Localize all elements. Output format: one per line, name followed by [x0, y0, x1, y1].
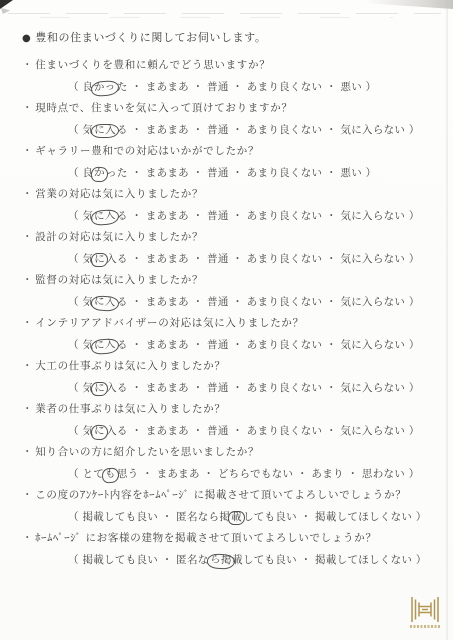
list-bullet-icon: ・	[22, 317, 33, 329]
answer-option: あまり	[311, 468, 343, 480]
answer-option: あまり良くない	[247, 167, 323, 179]
answer-option: 良かった	[82, 81, 127, 93]
bullet-icon: ●	[22, 33, 31, 44]
answer-option: 普通	[207, 425, 229, 437]
question-text: ・現時点で、住まいを気に入って頂けておりますか？	[22, 101, 443, 115]
scan-artifact-corner	[0, 0, 13, 9]
answer-option: 普通	[207, 253, 229, 265]
list-bullet-icon: ・	[22, 403, 33, 415]
answer-option: 普通	[207, 339, 229, 351]
question-block: ・監督の対応は気に入りましたか？（ 気に入る ・ まあまあ ・ 普通 ・ あまり…	[22, 273, 443, 309]
question-label: この度のｱﾝｹｰﾄ内容をﾎｰﾑﾍﾟｰｼﾞ に掲載させて頂いてよろしいでしょうか？	[35, 489, 406, 501]
answer-option: まあまあ	[146, 382, 189, 394]
answer-option: 掲載してほしくない	[315, 511, 412, 523]
answer-option: あまり良くない	[247, 339, 323, 351]
question-label: インテリアアドバイザーの対応は気に入りましたか？	[35, 317, 304, 329]
logo-caption-illegible	[410, 625, 440, 628]
question-label: 業者の仕事ぶりは気に入りましたか？	[35, 403, 225, 415]
question-block: ・ギャラリー豊和での対応はいかがでしたか？（ 良かった ・ まあまあ ・ 普通 …	[22, 144, 443, 180]
answer-option: 気に入る	[82, 124, 127, 136]
question-block: ・ﾎｰﾑﾍﾟｰｼﾞ にお客様の建物を掲載させて頂いてよろしいでしょうか？（ 掲載…	[22, 531, 443, 567]
question-label: 知り合いの方に紹介したいを思いましたか？	[35, 446, 259, 458]
answer-option: まあまあ	[146, 124, 189, 136]
answer-option: 匿名なら掲載しても良い	[176, 554, 297, 566]
question-label: 大工の仕事ぶりは気に入りましたか？	[35, 360, 225, 372]
scan-artifact-top-right	[365, 0, 453, 9]
handwritten-circle-mark: も	[102, 467, 120, 483]
answer-option: まあまあ	[146, 339, 189, 351]
answer-option: 気に入らない	[340, 425, 405, 437]
question-label: 住まいづくりを豊和に頼んでどう思いますか？	[35, 59, 270, 71]
question-text: ・業者の仕事ぶりは気に入りましたか？	[22, 402, 443, 416]
question-list: ・住まいづくりを豊和に頼んでどう思いますか？（ 良かった ・ まあまあ ・ 普通…	[22, 58, 443, 567]
question-label: ギャラリー豊和での対応はいかがでしたか？	[35, 145, 259, 157]
answer-option: まあまあ	[146, 296, 189, 308]
answer-option: 普通	[207, 167, 229, 179]
handwritten-circle-mark: か	[91, 166, 109, 182]
answer-option: まあまあ	[146, 81, 189, 93]
howa-logo-mark	[410, 596, 440, 623]
handwritten-circle-mark: かっ	[91, 80, 120, 96]
answer-option: 悪い	[340, 167, 362, 179]
answer-option: 気に入る	[82, 382, 127, 394]
answer-option: 気に入る	[82, 253, 127, 265]
list-bullet-icon: ・	[22, 102, 33, 114]
question-block: ・現時点で、住まいを気に入って頂けておりますか？（ 気に入る ・ まあまあ ・ …	[22, 101, 443, 137]
answer-option: あまり良くない	[247, 425, 323, 437]
answer-options: （ 良かった ・ まあまあ ・ 普通 ・ あまり良くない ・ 悪い ）	[22, 80, 443, 94]
question-text: ・営業の対応は気に入りましたか？	[22, 187, 443, 201]
question-label: 設計の対応は気に入りましたか？	[35, 231, 203, 243]
answer-option: あまり良くない	[247, 124, 323, 136]
answer-options: （ 掲載しても良い ・ 匿名なら掲載しても良い ・ 掲載してほしくない ）	[22, 553, 443, 567]
list-bullet-icon: ・	[22, 59, 33, 71]
answer-option: あまり良くない	[247, 253, 323, 265]
question-block: ・大工の仕事ぶりは気に入りましたか？（ 気に入る ・ まあまあ ・ 普通 ・ あ…	[22, 359, 443, 395]
answer-option: 思わない	[362, 468, 405, 480]
list-bullet-icon: ・	[22, 145, 33, 157]
answer-option: 普通	[207, 81, 229, 93]
question-block: ・設計の対応は気に入りましたか？（ 気に入る ・ まあまあ ・ 普通 ・ あまり…	[22, 230, 443, 266]
question-text: ・インテリアアドバイザーの対応は気に入りましたか？	[22, 316, 443, 330]
answer-option: あまり良くない	[247, 210, 323, 222]
answer-option: とても思う	[82, 468, 138, 480]
answer-options: （ とても思う ・ まあまあ ・ どちらでもない ・ あまり ・ 思わない ）	[22, 467, 443, 481]
question-label: 現時点で、住まいを気に入って頂けておりますか？	[35, 102, 292, 114]
list-bullet-icon: ・	[22, 446, 33, 458]
answer-option: まあまあ	[146, 253, 189, 265]
scan-artifact-line	[8, 13, 441, 14]
question-text: ・大工の仕事ぶりは気に入りましたか？	[22, 359, 443, 373]
answer-option: 普通	[207, 382, 229, 394]
answer-option: 気に入る	[82, 210, 127, 222]
handwritten-circle-mark: に入	[91, 338, 120, 354]
question-label: 監督の対応は気に入りましたか？	[35, 274, 203, 286]
answer-option: 気に入る	[82, 339, 127, 351]
handwritten-circle-mark: に入	[91, 295, 120, 311]
question-text: ・知り合いの方に紹介したいを思いましたか？	[22, 445, 443, 459]
handwritten-circle-mark: に	[91, 253, 108, 268]
question-block: ・営業の対応は気に入りましたか？（ 気に入る ・ まあまあ ・ 普通 ・ あまり…	[22, 187, 443, 223]
answer-option: 気に入らない	[340, 210, 405, 222]
answer-options: （ 気に入る ・ まあまあ ・ 普通 ・ あまり良くない ・ 気に入らない ）	[22, 338, 443, 352]
question-text: ・住まいづくりを豊和に頼んでどう思いますか？	[22, 58, 443, 72]
handwritten-circle-mark: に入	[91, 209, 120, 225]
answer-option: まあまあ	[146, 210, 189, 222]
survey-page: ●豊和の住まいづくりに関してお伺いします。 ・住まいづくりを豊和に頼んでどう思い…	[0, 0, 453, 640]
question-label: ﾎｰﾑﾍﾟｰｼﾞ にお客様の建物を掲載させて頂いてよろしいでしょうか？	[35, 532, 376, 544]
question-text: ・設計の対応は気に入りましたか？	[22, 230, 443, 244]
list-bullet-icon: ・	[22, 532, 33, 544]
answer-option: 普通	[207, 296, 229, 308]
survey-header-text: 豊和の住まいづくりに関してお伺いします。	[35, 31, 266, 44]
answer-option: 掲載しても良い	[82, 511, 158, 523]
question-block: ・住まいづくりを豊和に頼んでどう思いますか？（ 良かった ・ まあまあ ・ 普通…	[22, 58, 443, 94]
answer-option: まあまあ	[157, 468, 200, 480]
list-bullet-icon: ・	[22, 360, 33, 372]
answer-option: 匿名なら掲載しても良い	[176, 511, 297, 523]
question-text: ・ﾎｰﾑﾍﾟｰｼﾞ にお客様の建物を掲載させて頂いてよろしいでしょうか？	[22, 531, 443, 545]
answer-option: あまり良くない	[247, 296, 323, 308]
answer-option: 普通	[207, 210, 229, 222]
handwritten-circle-mark: ら掲	[206, 553, 235, 569]
answer-options: （ 気に入る ・ まあまあ ・ 普通 ・ あまり良くない ・ 気に入らない ）	[22, 252, 443, 266]
answer-option: どちらでもない	[218, 468, 294, 480]
answer-option: まあまあ	[146, 425, 189, 437]
scan-artifact-right-band	[445, 0, 448, 640]
howa-logo	[409, 596, 441, 628]
list-bullet-icon: ・	[22, 188, 33, 200]
question-block: ・知り合いの方に紹介したいを思いましたか？（ とても思う ・ まあまあ ・ どち…	[22, 445, 443, 481]
answer-option: まあまあ	[146, 167, 189, 179]
list-bullet-icon: ・	[22, 231, 33, 243]
handwritten-circle-mark: に入	[91, 124, 119, 139]
answer-option: 悪い	[340, 81, 362, 93]
answer-options: （ 良かった ・ まあまあ ・ 普通 ・ あまり良くない ・ 悪い ）	[22, 166, 443, 180]
answer-option: 気に入らない	[340, 339, 405, 351]
handwritten-circle-mark: 載	[228, 511, 245, 526]
question-text: ・監督の対応は気に入りましたか？	[22, 273, 443, 287]
answer-options: （ 気に入る ・ まあまあ ・ 普通 ・ あまり良くない ・ 気に入らない ）	[22, 209, 443, 223]
list-bullet-icon: ・	[22, 274, 33, 286]
handwritten-circle-mark: に	[91, 424, 109, 440]
question-text: ・この度のｱﾝｹｰﾄ内容をﾎｰﾑﾍﾟｰｼﾞ に掲載させて頂いてよろしいでしょうか…	[22, 488, 443, 502]
answer-option: あまり良くない	[247, 382, 323, 394]
survey-content: ●豊和の住まいづくりに関してお伺いします。 ・住まいづくりを豊和に頼んでどう思い…	[22, 30, 443, 567]
answer-option: 普通	[207, 124, 229, 136]
answer-option: あまり良くない	[247, 81, 323, 93]
answer-option: 掲載してほしくない	[315, 554, 412, 566]
answer-options: （ 掲載しても良い ・ 匿名なら掲載しても良い ・ 掲載してほしくない ）	[22, 510, 443, 524]
answer-option: 気に入らない	[340, 253, 405, 265]
answer-options: （ 気に入る ・ まあまあ ・ 普通 ・ あまり良くない ・ 気に入らない ）	[22, 424, 443, 438]
handwritten-circle-mark: に	[91, 382, 108, 397]
question-block: ・業者の仕事ぶりは気に入りましたか？（ 気に入る ・ まあまあ ・ 普通 ・ あ…	[22, 402, 443, 438]
question-label: 営業の対応は気に入りましたか？	[35, 188, 203, 200]
question-block: ・インテリアアドバイザーの対応は気に入りましたか？（ 気に入る ・ まあまあ ・…	[22, 316, 443, 352]
list-bullet-icon: ・	[22, 489, 33, 501]
answer-options: （ 気に入る ・ まあまあ ・ 普通 ・ あまり良くない ・ 気に入らない ）	[22, 295, 443, 309]
answer-option: 気に入る	[82, 296, 127, 308]
answer-options: （ 気に入る ・ まあまあ ・ 普通 ・ あまり良くない ・ 気に入らない ）	[22, 381, 443, 395]
answer-option: 気に入らない	[340, 382, 405, 394]
answer-option: 良かった	[82, 167, 127, 179]
answer-option: 気に入らない	[340, 124, 405, 136]
scan-artifact-line-2	[40, 17, 393, 18]
answer-option: 掲載しても良い	[82, 554, 158, 566]
question-block: ・この度のｱﾝｹｰﾄ内容をﾎｰﾑﾍﾟｰｼﾞ に掲載させて頂いてよろしいでしょうか…	[22, 488, 443, 524]
survey-header: ●豊和の住まいづくりに関してお伺いします。	[22, 30, 443, 46]
answer-option: 気に入らない	[340, 296, 405, 308]
question-text: ・ギャラリー豊和での対応はいかがでしたか？	[22, 144, 443, 158]
answer-options: （ 気に入る ・ まあまあ ・ 普通 ・ あまり良くない ・ 気に入らない ）	[22, 123, 443, 137]
answer-option: 気に入る	[82, 425, 127, 437]
